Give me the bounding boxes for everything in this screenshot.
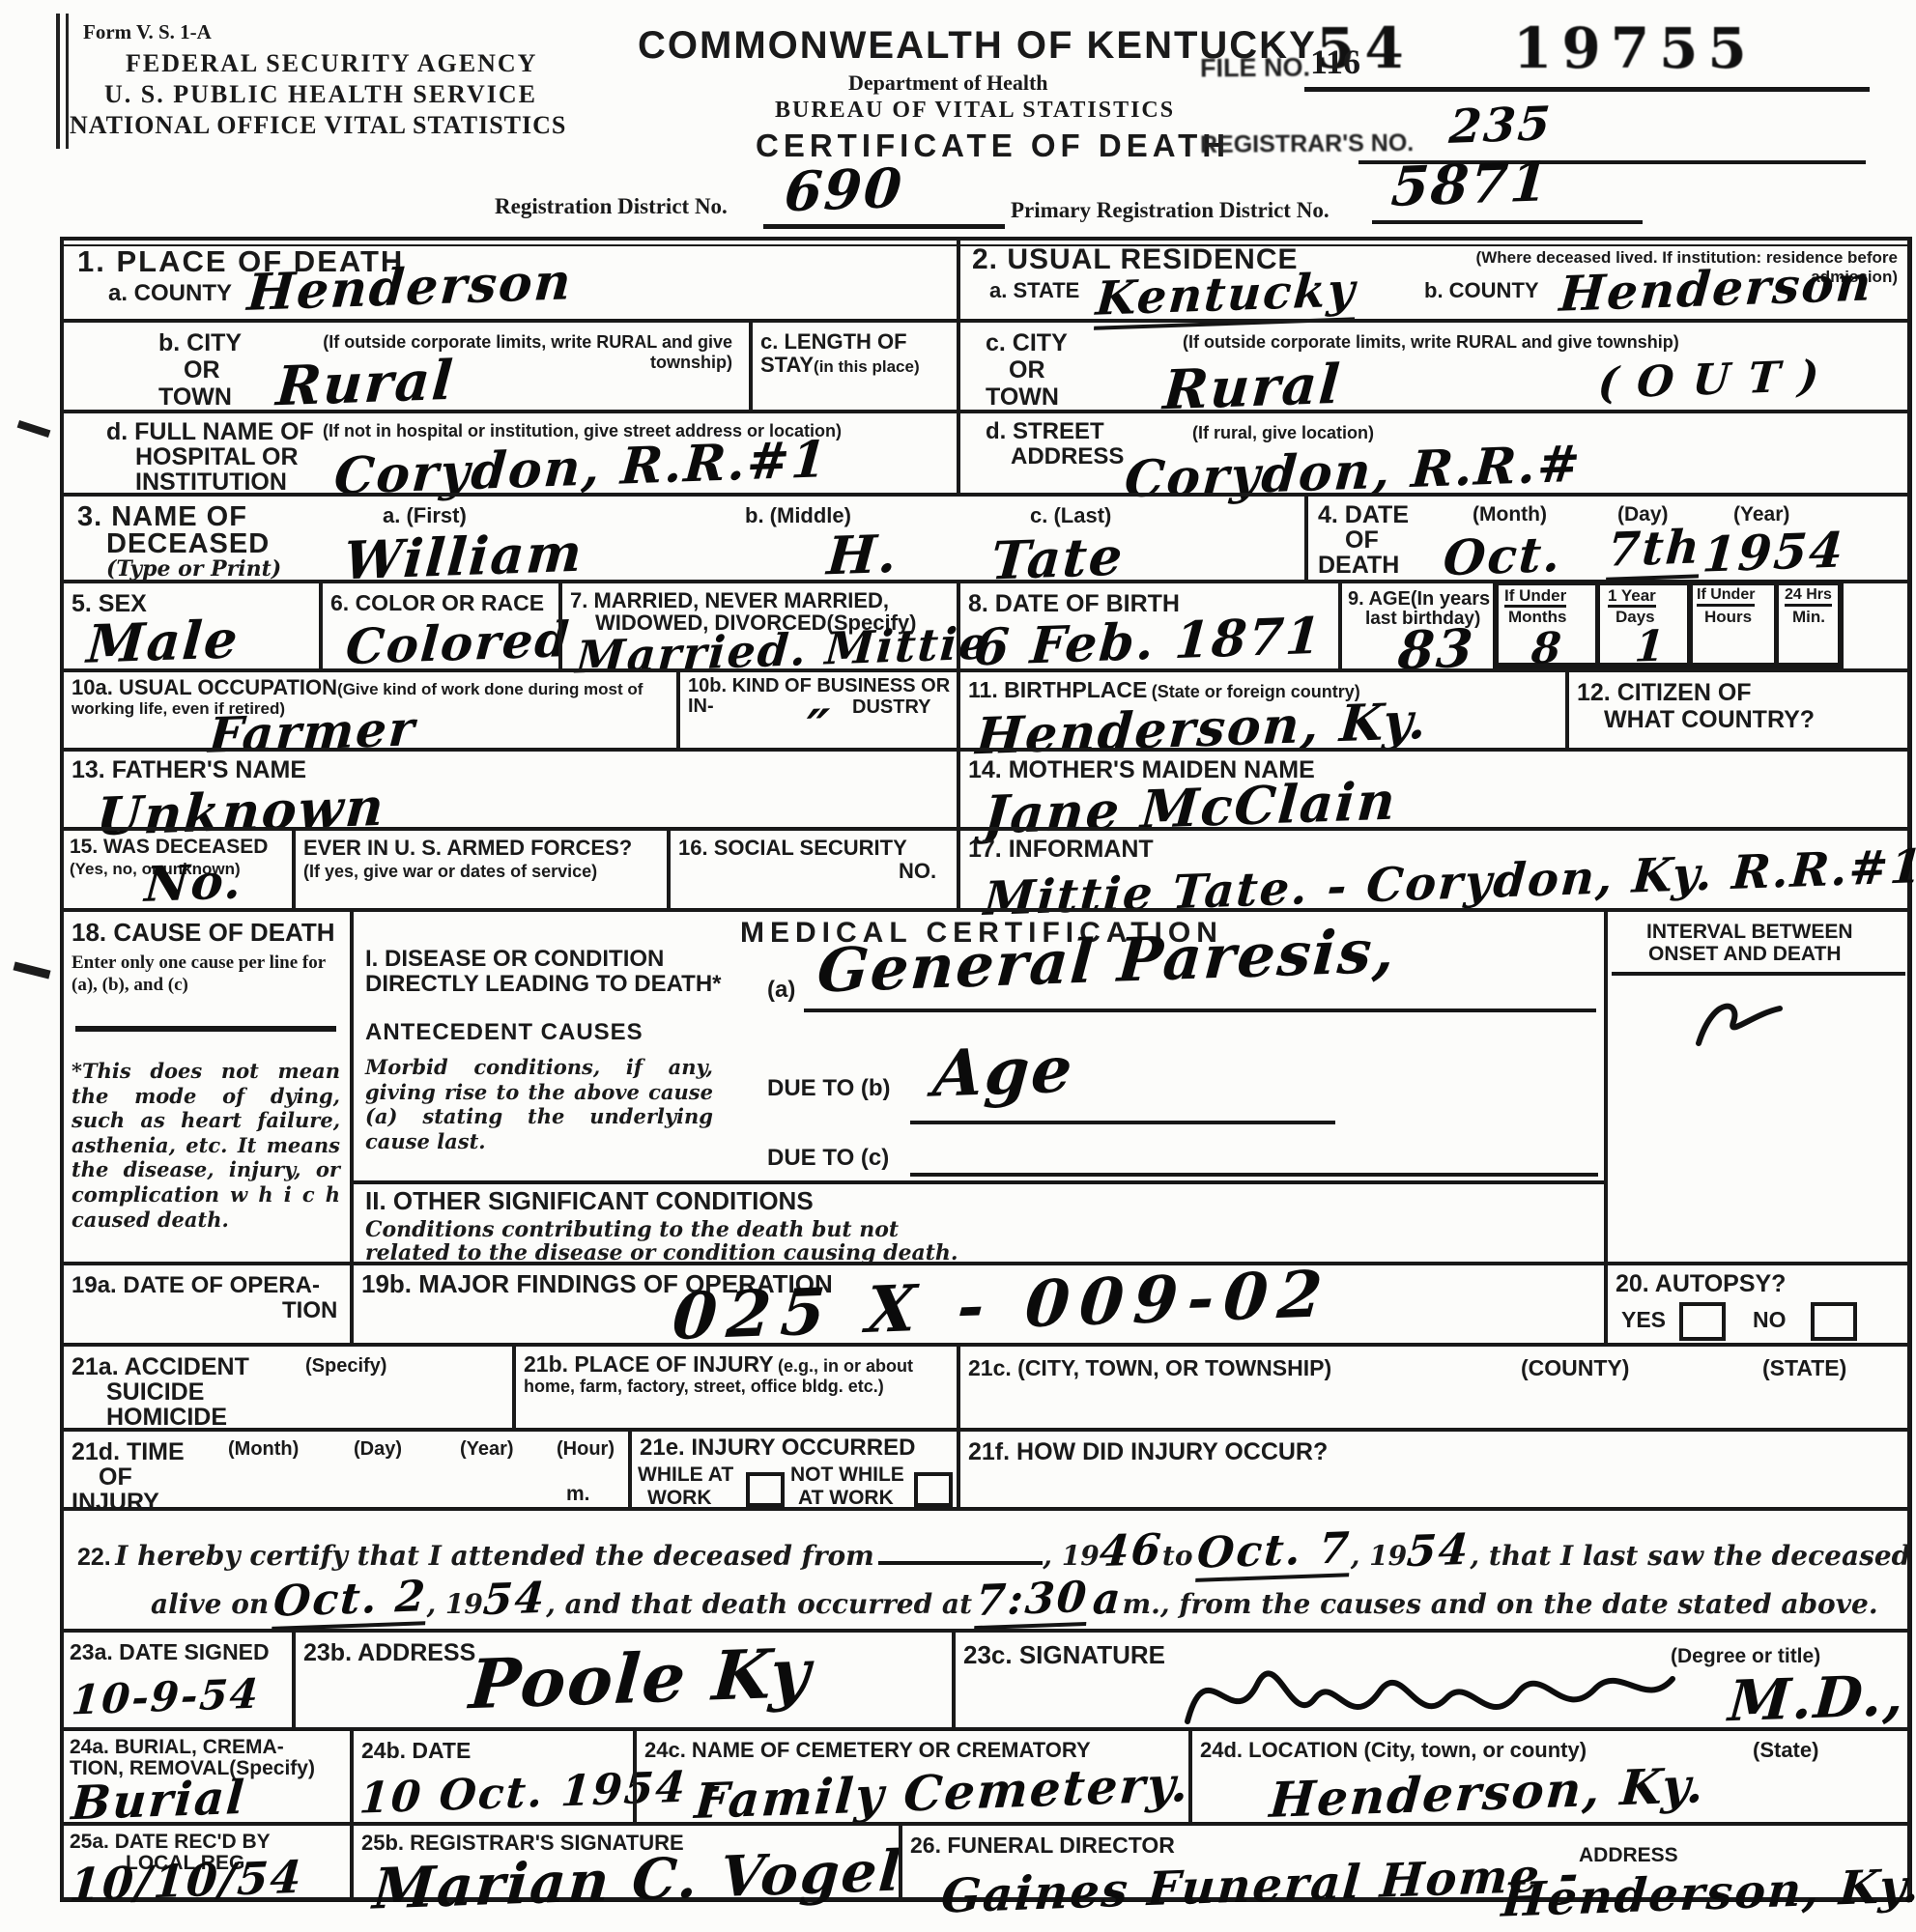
field-date-of-birth: 8. DATE OF BIRTH 6 Feb. 1871 bbox=[957, 580, 1338, 668]
ssn-label-2: NO. bbox=[899, 860, 936, 882]
attended-from-year: 46 bbox=[1098, 1525, 1164, 1577]
field-medical-certification: MEDICAL CERTIFICATION I. DISEASE OR COND… bbox=[350, 908, 1604, 1262]
age-min-header-top: 24 Hrs bbox=[1785, 587, 1832, 607]
death-month-value: Oct. bbox=[1442, 526, 1564, 586]
field-father-name: 13. FATHER'S NAME Unknown bbox=[60, 748, 957, 827]
field-cemetery-location: 24d. LOCATION (City, town, or county) (S… bbox=[1188, 1727, 1909, 1822]
cause-note-2: *This does not mean the mode of dying, s… bbox=[71, 1059, 340, 1232]
not-while-at-work-label-2: AT WORK bbox=[798, 1488, 894, 1509]
attended-to-year: 54 bbox=[1405, 1525, 1472, 1577]
cemetery-location-value: Henderson, Ky. bbox=[1268, 1756, 1707, 1829]
business-label-2: DUSTRY bbox=[852, 697, 930, 718]
disease-label-2: DIRECTLY LEADING TO DEATH* bbox=[365, 972, 721, 996]
while-at-work-label-1: WHILE AT bbox=[638, 1464, 733, 1486]
time-of-injury-label-2: OF bbox=[99, 1464, 132, 1490]
sex-value: Male bbox=[85, 608, 242, 675]
how-injury-label: 21f. HOW DID INJURY OCCUR? bbox=[968, 1439, 1328, 1464]
primary-district-label: Primary Registration District No. bbox=[1011, 199, 1330, 222]
age-label-1: 9. AGE(In years bbox=[1348, 589, 1490, 610]
file-stamp-serial: 19755 bbox=[1513, 15, 1757, 81]
injury-county-label: (COUNTY) bbox=[1521, 1356, 1629, 1379]
last-seen-date: Oct. 2 bbox=[272, 1572, 428, 1631]
accident-label-3: HOMICIDE bbox=[106, 1405, 227, 1430]
certificate-title: CERTIFICATE OF DEATH bbox=[756, 129, 1230, 163]
scan-artifact bbox=[17, 420, 51, 438]
hospital-label-2: HOSPITAL OR bbox=[135, 444, 299, 469]
field-date-of-operation: 19a. DATE OF OPERA- TION bbox=[60, 1262, 350, 1343]
street-note: (If rural, give location) bbox=[1192, 423, 1374, 443]
primary-district-rule bbox=[1372, 220, 1643, 224]
birth-date-value: 6 Feb. 1871 bbox=[972, 607, 1325, 678]
field-residence-city: c. CITY OR TOWN (If outside corporate li… bbox=[957, 319, 1909, 410]
field-usual-residence: 2. USUAL RESIDENCE (Where deceased lived… bbox=[957, 237, 1909, 319]
field-time-of-injury: 21d. TIME (Month) (Day) (Year) (Hour) OF… bbox=[60, 1428, 628, 1507]
field-age-under-one-year: If Under Months 8 1 Year Days 1 If Under… bbox=[1493, 580, 1844, 668]
signature-label: 23c. SIGNATURE bbox=[963, 1642, 1165, 1668]
field-citizen-of: 12. CITIZEN OF WHAT COUNTRY? bbox=[1565, 668, 1909, 748]
date-signed-value: 10-9-54 bbox=[70, 1670, 261, 1724]
not-while-at-work-checkbox bbox=[914, 1472, 953, 1507]
field-name-of-deceased: 3. NAME OF DECEASED (Type or Print) a. (… bbox=[60, 493, 1304, 580]
date-received-value: 10/10/54 bbox=[68, 1851, 304, 1912]
field-street-address: d. STREET ADDRESS (If rural, give locati… bbox=[957, 410, 1909, 493]
cemetery-name-value: Family Cemetery. bbox=[693, 1755, 1192, 1830]
street-label-2: ADDRESS bbox=[1011, 444, 1124, 469]
field-how-injury-occurred: 21f. HOW DID INJURY OCCUR? bbox=[957, 1428, 1909, 1507]
death-certificate-scan: Form V. S. 1-A FEDERAL SECURITY AGENCY U… bbox=[0, 0, 1916, 1932]
place-of-injury-label: 21b. PLACE OF INJURY (e.g., in or about … bbox=[524, 1352, 949, 1397]
residence-city-note: (If outside corporate limits, write RURA… bbox=[1183, 332, 1724, 353]
certification-line-1: 22. I hereby certify that I attended the… bbox=[77, 1526, 1903, 1579]
age-min-header: Min. bbox=[1792, 609, 1825, 626]
injury-state-label: (STATE) bbox=[1762, 1356, 1846, 1379]
age-days-header-top: 1 Year bbox=[1608, 587, 1656, 608]
residence-state-label: a. STATE bbox=[989, 279, 1079, 301]
agency-line-1: FEDERAL SECURITY AGENCY bbox=[126, 50, 537, 76]
registrar-no-label: REGISTRAR'S NO. bbox=[1200, 130, 1414, 157]
physician-address-label: 23b. ADDRESS bbox=[303, 1640, 475, 1665]
death-city-label: b. CITY bbox=[158, 330, 242, 355]
accident-specify-note: (Specify) bbox=[305, 1356, 386, 1377]
field-interval-onset-death: INTERVAL BETWEEN ONSET AND DEATH bbox=[1604, 908, 1909, 1262]
death-city-value: Rural bbox=[274, 349, 457, 419]
cause-c-rule bbox=[910, 1173, 1598, 1177]
cemetery-location-label: 24d. LOCATION (City, town, or county) bbox=[1200, 1739, 1587, 1761]
was-deceased-value: No. bbox=[143, 852, 245, 913]
form-number: Form V. S. 1-A bbox=[83, 21, 212, 43]
file-no-rule bbox=[1304, 87, 1870, 92]
autopsy-no-checkbox bbox=[1811, 1302, 1857, 1341]
death-city-label-town: TOWN bbox=[158, 384, 232, 410]
operation-date-label-1: 19a. DATE OF OPERA- bbox=[71, 1273, 320, 1297]
field-length-of-stay: c. LENGTH OF STAY(in this place) bbox=[749, 319, 957, 410]
field-place-of-injury: 21b. PLACE OF INJURY (e.g., in or about … bbox=[512, 1343, 957, 1428]
field-cemetery-name: 24c. NAME OF CEMETERY OR CREMATORY Famil… bbox=[633, 1727, 1188, 1822]
while-at-work-checkbox bbox=[746, 1472, 785, 1507]
accident-label-2: SUICIDE bbox=[106, 1379, 204, 1405]
field-color-or-race: 6. COLOR OR RACE Colored bbox=[319, 580, 558, 668]
interval-rule bbox=[1612, 972, 1905, 976]
date-of-death-label-1: 4. DATE bbox=[1318, 502, 1409, 527]
date-of-death-label-3: DEATH bbox=[1318, 553, 1399, 578]
cause-b-value: Age bbox=[930, 1031, 1076, 1111]
autopsy-yes-label: YES bbox=[1621, 1308, 1666, 1331]
injury-city-label: 21c. (CITY, TOWN, OR TOWNSHIP) bbox=[968, 1356, 1331, 1379]
death-time-value: 7:30 bbox=[975, 1573, 1091, 1630]
field-armed-forces: EVER IN U. S. ARMED FORCES? (If yes, giv… bbox=[292, 827, 667, 908]
length-of-stay-label: c. LENGTH OF bbox=[760, 330, 907, 353]
cause-b-rule bbox=[910, 1121, 1335, 1124]
last-seen-year: 54 bbox=[481, 1574, 548, 1625]
length-of-stay-label2: STAY(in this place) bbox=[760, 354, 920, 377]
department-line: Department of Health bbox=[848, 71, 1048, 94]
field-occupation: 10a. USUAL OCCUPATION(Give kind of work … bbox=[60, 668, 676, 748]
field-social-security: 16. SOCIAL SECURITY NO. bbox=[667, 827, 957, 908]
county-label: a. COUNTY bbox=[108, 281, 232, 305]
street-label-1: d. STREET bbox=[986, 419, 1104, 443]
residence-city-label-or: OR bbox=[1009, 357, 1045, 383]
cemetery-name-label: 24c. NAME OF CEMETERY OR CREMATORY bbox=[644, 1739, 1091, 1761]
hospital-label-3: INSTITUTION bbox=[135, 469, 287, 495]
age-days-value: 1 bbox=[1633, 621, 1668, 671]
reg-district-label: Registration District No. bbox=[495, 195, 728, 218]
informant-label: 17. INFORMANT bbox=[968, 837, 1154, 862]
injury-day-label: (Day) bbox=[354, 1439, 402, 1460]
injury-occurred-label: 21e. INJURY OCCURRED bbox=[640, 1435, 915, 1460]
attended-to-date: Oct. 7 bbox=[1195, 1523, 1352, 1582]
other-conditions-divider bbox=[354, 1180, 1604, 1184]
age-hours-header: Hours bbox=[1704, 609, 1752, 626]
residence-county-label: b. COUNTY bbox=[1424, 279, 1539, 301]
page-edge-line bbox=[66, 14, 69, 149]
citizen-label-2: WHAT COUNTRY? bbox=[1604, 707, 1815, 732]
field-was-deceased: 15. WAS DECEASED (Yes, no, or unknown) N… bbox=[60, 827, 292, 908]
field-informant: 17. INFORMANT Mittie Tate. - Corydon, Ky… bbox=[957, 827, 1909, 908]
antecedent-note: Morbid conditions, if any, giving rise t… bbox=[365, 1055, 713, 1153]
accident-label-1: 21a. ACCIDENT bbox=[71, 1354, 249, 1379]
field-physician-signature: 23c. SIGNATURE (Degree or title) M.D., bbox=[952, 1629, 1909, 1727]
marital-label-1: 7. MARRIED, NEVER MARRIED, bbox=[570, 589, 889, 611]
armed-forces-note: (If yes, give war or dates of service) bbox=[303, 862, 597, 882]
field-funeral-director: 26. FUNERAL DIRECTOR ADDRESS Gaines Fune… bbox=[899, 1822, 1909, 1901]
certification-line-2: alive on Oct. 2, 1954, and that death oc… bbox=[151, 1575, 1909, 1628]
agency-line-3: NATIONAL OFFICE VITAL STATISTICS bbox=[70, 112, 566, 138]
disease-label-1: I. DISEASE OR CONDITION bbox=[365, 947, 664, 971]
county-value: Henderson bbox=[245, 252, 575, 323]
autopsy-no-label: NO bbox=[1753, 1308, 1787, 1331]
field-certification-statement: 22. I hereby certify that I attended the… bbox=[60, 1507, 1909, 1629]
field-business-industry: 10b. KIND OF BUSINESS OR IN- DUSTRY ″ bbox=[676, 668, 957, 748]
cause-b-label: DUE TO (b) bbox=[767, 1076, 891, 1100]
reg-district-value: 690 bbox=[783, 156, 905, 224]
first-name-label: a. (First) bbox=[383, 504, 467, 526]
residence-city-extra: ( O U T ) bbox=[1596, 352, 1822, 409]
date-of-death-label-2: OF bbox=[1345, 527, 1379, 553]
name-title-1: 3. NAME OF bbox=[77, 502, 247, 531]
cause-of-death-title: 18. CAUSE OF DEATH bbox=[71, 920, 335, 946]
interval-handwritten-mark bbox=[1685, 989, 1791, 1057]
primary-district-value: 5871 bbox=[1389, 150, 1552, 219]
death-year-value: 1954 bbox=[1701, 521, 1846, 582]
registrar-no-value: 235 bbox=[1447, 97, 1554, 155]
file-no-value: 116 bbox=[1310, 44, 1360, 81]
certification-number: 22. bbox=[77, 1544, 111, 1571]
death-day-value: 7th bbox=[1606, 520, 1703, 582]
middle-name-label: b. (Middle) bbox=[745, 504, 851, 526]
autopsy-label: 20. AUTOPSY? bbox=[1616, 1271, 1786, 1296]
race-label: 6. COLOR OR RACE bbox=[330, 591, 544, 614]
injury-hour-label: (Hour) bbox=[557, 1439, 615, 1460]
field-burial-date: 24b. DATE 10 Oct. 1954 - bbox=[350, 1727, 633, 1822]
attended-from-blank bbox=[878, 1561, 1043, 1565]
burial-label-1: 24a. BURIAL, CREMA- bbox=[70, 1737, 284, 1758]
physician-degree-value: M.D., bbox=[1727, 1662, 1908, 1735]
antecedent-label: ANTECEDENT CAUSES bbox=[365, 1020, 643, 1044]
age-months-header-top: If Under bbox=[1504, 587, 1566, 608]
name-title-2: DECEASED bbox=[106, 529, 270, 558]
death-city-label-or: OR bbox=[184, 357, 220, 383]
name-note: (Type or Print) bbox=[106, 556, 281, 582]
autopsy-yes-checkbox bbox=[1679, 1302, 1726, 1341]
race-value: Colored bbox=[344, 611, 573, 675]
field-place-of-death: 1. PLACE OF DEATH a. COUNTY Henderson bbox=[60, 237, 957, 319]
other-conditions-note-1: Conditions contributing to the death but… bbox=[365, 1217, 899, 1243]
field-sex: 5. SEX Male bbox=[60, 580, 319, 668]
time-of-injury-label-1: 21d. TIME bbox=[71, 1439, 185, 1464]
funeral-director-address-label: ADDRESS bbox=[1579, 1845, 1678, 1866]
residence-city-label-town: TOWN bbox=[986, 384, 1059, 410]
age-hours-header-top: If Under bbox=[1697, 587, 1755, 607]
field-hospital-name: d. FULL NAME OF HOSPITAL OR INSTITUTION … bbox=[60, 410, 957, 493]
cause-note-1: Enter only one cause per line for (a), (… bbox=[71, 952, 334, 997]
field-date-signed: 23a. DATE SIGNED 10-9-54 bbox=[60, 1629, 292, 1727]
field-date-of-death: 4. DATE OF DEATH (Month) (Day) (Year) Oc… bbox=[1304, 493, 1909, 580]
residence-county-value: Henderson bbox=[1558, 254, 1874, 323]
field-registrar-signature: 25b. REGISTRAR'S SIGNATURE Marian C. Vog… bbox=[350, 1822, 899, 1901]
field-birthplace: 11. BIRTHPLACE (State or foreign country… bbox=[957, 668, 1565, 748]
field-mother-maiden-name: 14. MOTHER'S MAIDEN NAME Jane McClain bbox=[957, 748, 1909, 827]
date-received-label-1: 25a. DATE REC'D BY bbox=[70, 1832, 271, 1853]
not-while-at-work-label-1: NOT WHILE bbox=[790, 1464, 904, 1486]
other-conditions-label: II. OTHER SIGNIFICANT CONDITIONS bbox=[365, 1188, 814, 1214]
reg-district-rule bbox=[763, 224, 1005, 229]
date-signed-label: 23a. DATE SIGNED bbox=[70, 1640, 270, 1663]
cause-c-label: DUE TO (c) bbox=[767, 1146, 889, 1170]
while-at-work-label-2: WORK bbox=[647, 1488, 712, 1509]
field-cause-of-death-sidebar: 18. CAUSE OF DEATH Enter only one cause … bbox=[60, 908, 350, 1262]
cause-a-rule bbox=[804, 1009, 1596, 1012]
ssn-label-1: 16. SOCIAL SECURITY bbox=[678, 837, 907, 859]
file-no-label: FILE NO. bbox=[1200, 54, 1310, 82]
injury-year-label: (Year) bbox=[460, 1439, 514, 1460]
physician-address-value: Poole Ky bbox=[467, 1633, 815, 1725]
degree-or-title-note: (Degree or title) bbox=[1671, 1646, 1820, 1667]
last-name-label: c. (Last) bbox=[1030, 504, 1111, 526]
hospital-label-1: d. FULL NAME OF bbox=[106, 419, 314, 444]
field-injury-location: 21c. (CITY, TOWN, OR TOWNSHIP) (COUNTY) … bbox=[957, 1343, 1909, 1428]
field-death-city: b. CITY OR TOWN (If outside corporate li… bbox=[60, 319, 749, 410]
agency-line-2: U. S. PUBLIC HEALTH SERVICE bbox=[104, 81, 537, 107]
page-edge-line bbox=[56, 14, 60, 149]
funeral-director-value: Gaines Funeral Home - bbox=[939, 1847, 1582, 1923]
field-date-received: 25a. DATE REC'D BY LOCAL REG. 10/10/54 bbox=[60, 1822, 350, 1901]
field-injury-occurred: 21e. INJURY OCCURRED WHILE AT WORK NOT W… bbox=[628, 1428, 957, 1507]
burial-date-label: 24b. DATE bbox=[361, 1739, 471, 1762]
funeral-director-label: 26. FUNERAL DIRECTOR bbox=[910, 1833, 1175, 1857]
field-accident-suicide-homicide: 21a. ACCIDENT (Specify) SUICIDE HOMICIDE bbox=[60, 1343, 512, 1428]
armed-forces-label: EVER IN U. S. ARMED FORCES? bbox=[303, 837, 632, 859]
middle-name-value: H. bbox=[825, 523, 901, 587]
scan-artifact bbox=[13, 962, 50, 980]
cause-divider bbox=[75, 1026, 336, 1032]
field-age: 9. AGE(In years last birthday) 83 bbox=[1338, 580, 1493, 668]
field-marital-status: 7. MARRIED, NEVER MARRIED, WIDOWED, DIVO… bbox=[558, 580, 957, 668]
interval-label-2: ONSET AND DEATH bbox=[1648, 944, 1842, 965]
empty-cell bbox=[1844, 580, 1909, 668]
field-burial-type: 24a. BURIAL, CREMA- TION, REMOVAL(Specif… bbox=[60, 1727, 350, 1822]
field-autopsy: 20. AUTOPSY? YES NO bbox=[1604, 1262, 1909, 1343]
citizen-label-1: 12. CITIZEN OF bbox=[1577, 680, 1752, 705]
injury-m-label: m. bbox=[566, 1484, 590, 1505]
month-label: (Month) bbox=[1473, 504, 1547, 526]
residence-city-label: c. CITY bbox=[986, 330, 1068, 355]
injury-month-label: (Month) bbox=[228, 1439, 299, 1460]
operation-date-label-2: TION bbox=[282, 1298, 337, 1322]
bureau-line: BUREAU OF VITAL STATISTICS bbox=[775, 99, 1175, 123]
field-major-findings: 19b. MAJOR FINDINGS OF OPERATION 025 X -… bbox=[350, 1262, 1604, 1343]
field-physician-address: 23b. ADDRESS Poole Ky bbox=[292, 1629, 952, 1727]
interval-label-1: INTERVAL BETWEEN bbox=[1646, 922, 1853, 943]
cause-a-label: (a) bbox=[767, 978, 795, 1002]
cemetery-location-state-label: (State) bbox=[1753, 1739, 1818, 1761]
death-ampm-value: a bbox=[1091, 1574, 1124, 1624]
age-months-value: 8 bbox=[1530, 623, 1564, 673]
